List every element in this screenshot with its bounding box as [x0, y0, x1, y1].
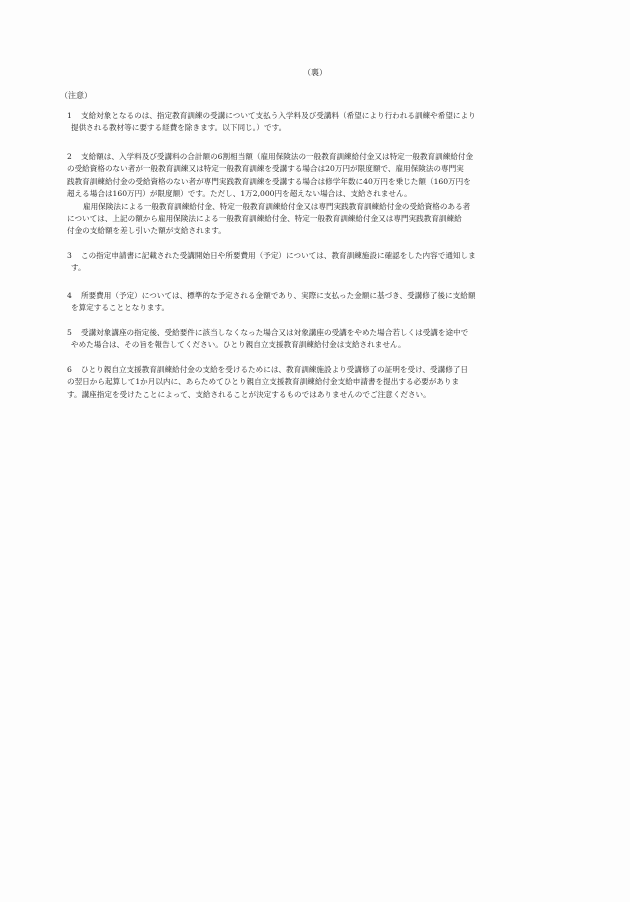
- note-line: 践教育訓練給付金の受給資格のない者が専門実践教育訓練を受講する場合は修学年数に4…: [67, 176, 587, 188]
- note-line: 6ひとり親自立支援教育訓練給付金の支給を受けるためには、教育訓練施設より受講修了…: [67, 364, 587, 376]
- note-line: 1支給対象となるのは、指定教育訓練の受講について支払う入学料及び受講料（希望によ…: [67, 110, 587, 122]
- note-line: 付金の支給額を差し引いた額が支給されます。: [67, 225, 587, 237]
- note-line: 4所要費用（予定）については、標準的な予定される金額であり、実際に支払った金額に…: [67, 290, 587, 302]
- note-item-5: 5受講対象講座の指定後、受給要件に該当しなくなった場合又は対象講座の受講をやめた…: [67, 327, 587, 352]
- note-line: す。: [67, 262, 587, 274]
- document-page: （裏） （注意） 1支給対象となるのは、指定教育訓練の受講について支払う入学料及…: [0, 0, 630, 902]
- note-line: については、上記の額から雇用保険法による一般教育訓練給付金、特定一般教育訓練給付…: [67, 213, 587, 225]
- note-line: 2支給額は、入学料及び受講料の合計額の6割相当額（雇用保険法の一般教育訓練給付金…: [67, 151, 587, 163]
- note-item-3: 3この指定申請書に記載された受講開始日や所要費用（予定）については、教育訓練施設…: [67, 250, 587, 275]
- note-line: やめた場合は、その旨を報告してください。ひとり親自立支援教育訓練給付金は支給され…: [67, 339, 587, 351]
- note-line: 5受講対象講座の指定後、受給要件に該当しなくなった場合又は対象講座の受講をやめた…: [67, 327, 587, 339]
- note-line: 3この指定申請書に記載された受講開始日や所要費用（予定）については、教育訓練施設…: [67, 250, 587, 262]
- note-line: の受給資格のない者が一般教育訓練又は特定一般教育訓練を受講する場合は20万円が限…: [67, 163, 587, 175]
- note-number: 5: [67, 327, 81, 339]
- note-number: 4: [67, 290, 81, 302]
- notes-heading: （注意）: [60, 90, 92, 102]
- note-line: を算定することとなります。: [67, 302, 587, 314]
- note-number: 3: [67, 250, 81, 262]
- note-number: 2: [67, 151, 81, 163]
- note-line: 雇用保険法による一般教育訓練給付金、特定一般教育訓練給付金又は専門実践教育訓練給…: [67, 201, 587, 213]
- note-item-1: 1支給対象となるのは、指定教育訓練の受講について支払う入学料及び受講料（希望によ…: [67, 110, 587, 135]
- note-line: の翌日から起算して1か月以内に、あらためてひとり親自立支援教育訓練給付金支給申請…: [67, 376, 587, 388]
- note-number: 1: [67, 110, 81, 122]
- note-item-4: 4所要費用（予定）については、標準的な予定される金額であり、実際に支払った金額に…: [67, 290, 587, 315]
- note-line: 超える場合は160万円）が限度額）です。ただし、1万2,000円を超えない場合は…: [67, 188, 587, 200]
- note-line: 提供される教材等に要する経費を除きます。以下同じ。）です。: [67, 122, 587, 134]
- note-line: す。講座指定を受けたことによって、支給されることが決定するものではありませんので…: [67, 389, 587, 401]
- note-number: 6: [67, 364, 81, 376]
- page-side-label: （裏）: [0, 67, 630, 79]
- note-item-2: 2支給額は、入学料及び受講料の合計額の6割相当額（雇用保険法の一般教育訓練給付金…: [67, 151, 587, 238]
- note-item-6: 6ひとり親自立支援教育訓練給付金の支給を受けるためには、教育訓練施設より受講修了…: [67, 364, 587, 401]
